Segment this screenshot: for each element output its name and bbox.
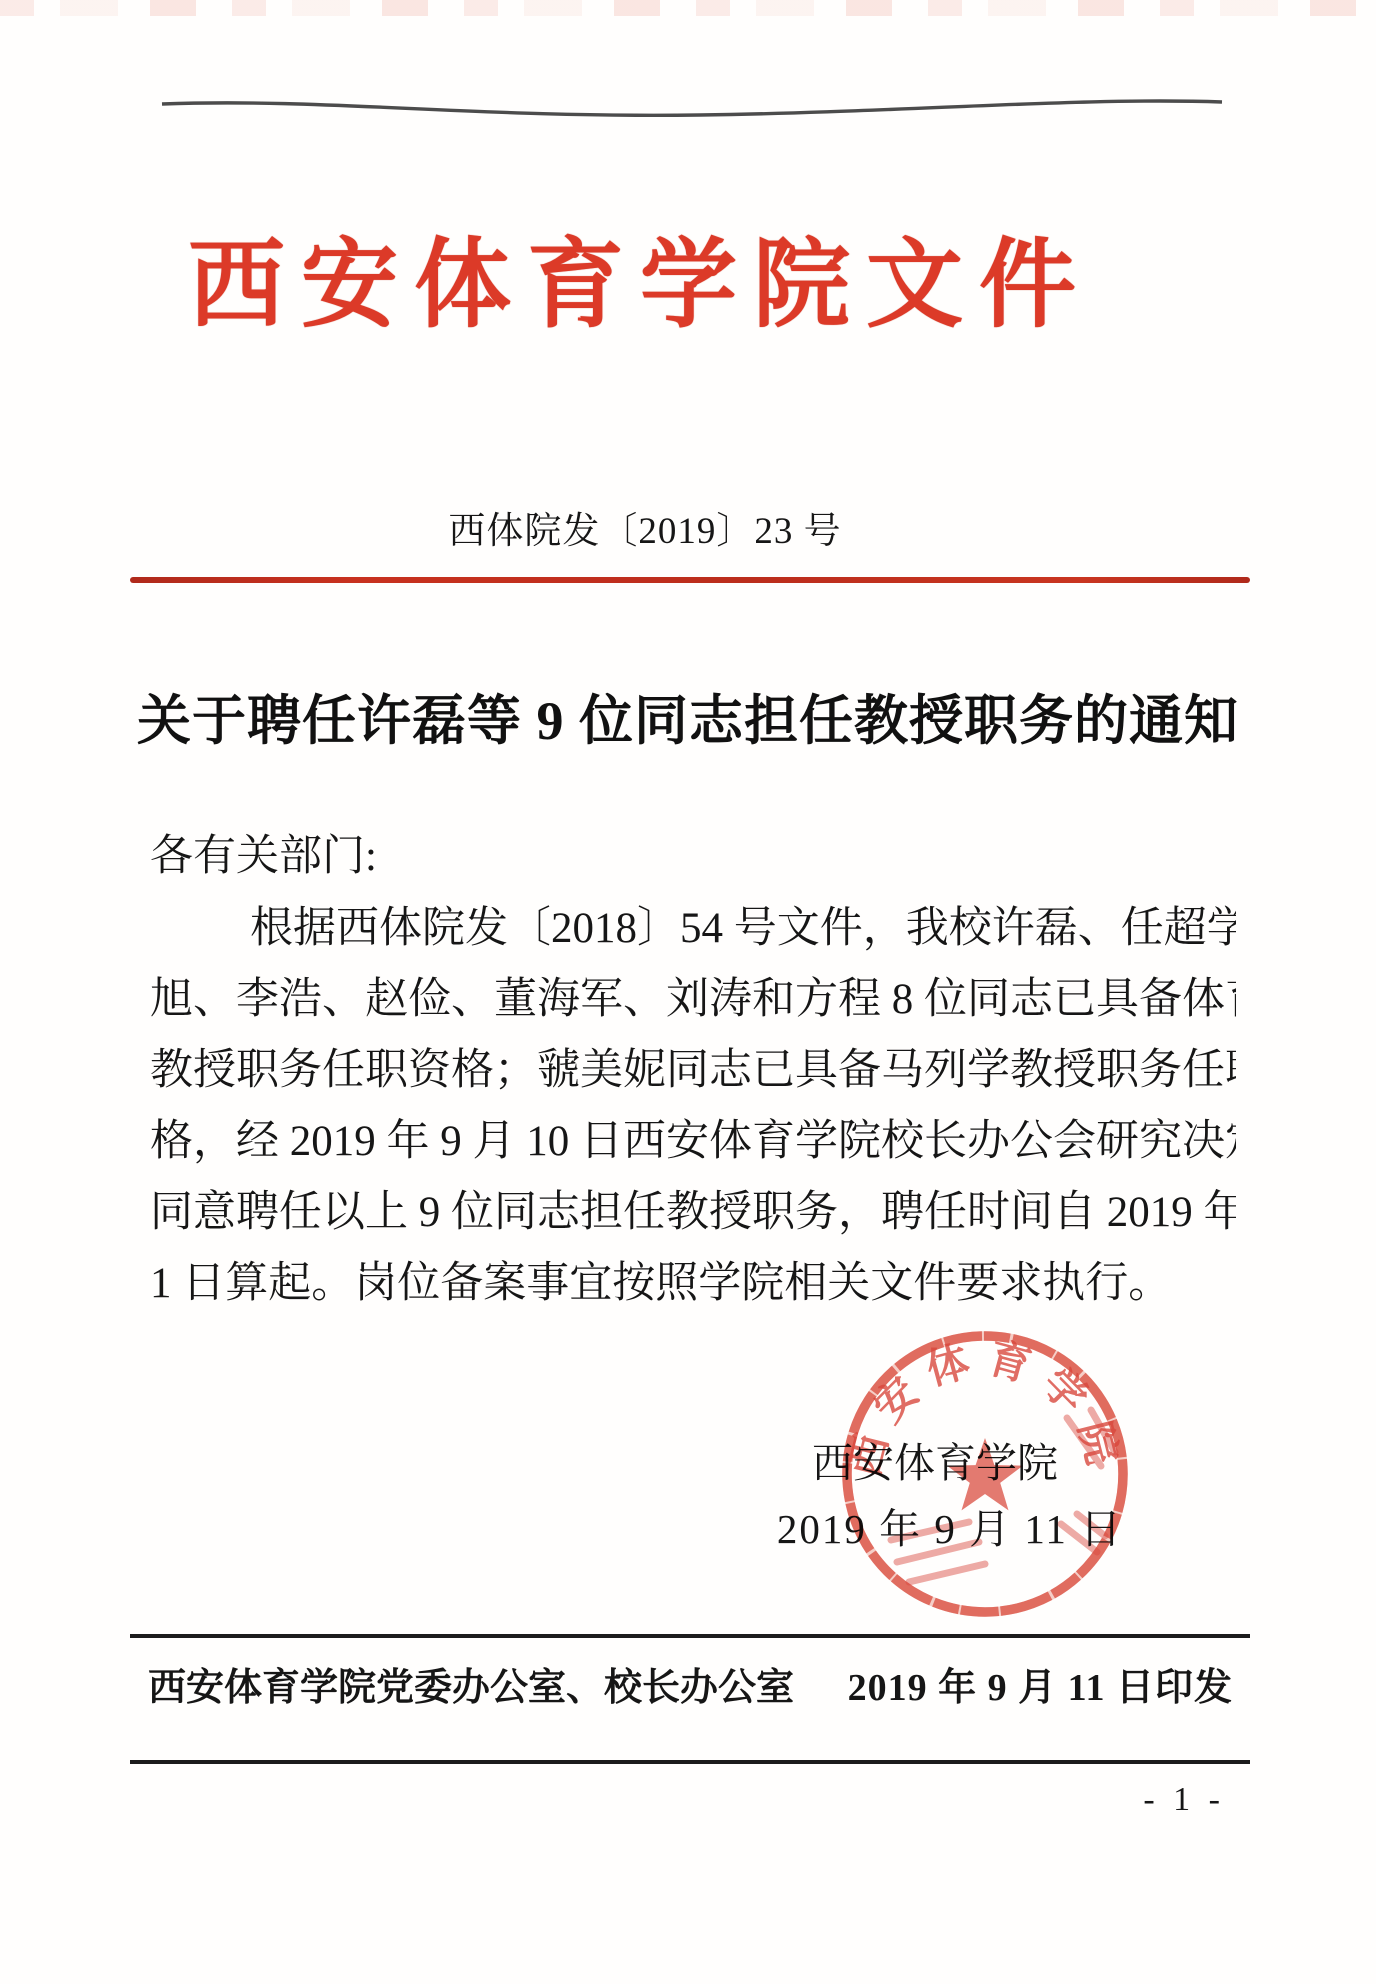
page-number: - 1 - (1143, 1781, 1225, 1819)
red-separator-line (130, 577, 1250, 583)
body-paragraph: 根据西体院发〔2018〕54 号文件，我校许磊、任超学、申 旭、李浩、赵俭、董海… (150, 893, 1236, 1319)
body-line: 同意聘任以上 9 位同志担任教授职务，聘任时间自 2019 年 1 月 (150, 1177, 1236, 1248)
body-line: 教授职务任职资格；虢美妮同志已具备马列学教授职务任职资 (150, 1035, 1236, 1106)
document-title: 关于聘任许磊等 9 位同志担任教授职务的通知 (0, 678, 1376, 755)
body-line: 格，经 2019 年 9 月 10 日西安体育学院校长办公会研究决定， (150, 1106, 1236, 1177)
official-seal-stamp-icon: 西安体育学院 (829, 1318, 1141, 1630)
body-line: 根据西体院发〔2018〕54 号文件，我校许磊、任超学、申 (150, 893, 1236, 964)
scan-bleed-artifacts (0, 0, 1376, 16)
salutation: 各有关部门: (150, 822, 377, 883)
colophon-divider-top (130, 1634, 1250, 1638)
scan-fold-line (0, 88, 1376, 122)
body-line: 旭、李浩、赵俭、董海军、刘涛和方程 8 位同志已具备体育学 (150, 964, 1236, 1035)
document-number: 西体院发〔2019〕23 号 (0, 500, 1290, 554)
colophon-print-date: 2019 年 9 月 11 日印发 (848, 1656, 1233, 1711)
colophon-issuer: 西安体育学院党委办公室、校长办公室 (148, 1656, 794, 1711)
seal-star-icon (947, 1438, 1023, 1510)
colophon-divider-bottom (130, 1760, 1250, 1764)
body-line: 1 日算起。岗位备案事宜按照学院相关文件要求执行。 (150, 1248, 1236, 1319)
scanned-document-page: 西安体育学院文件 西体院发〔2019〕23 号 关于聘任许磊等 9 位同志担任教… (0, 0, 1376, 1984)
letterhead-org-title: 西安体育学院文件 (0, 206, 1280, 346)
